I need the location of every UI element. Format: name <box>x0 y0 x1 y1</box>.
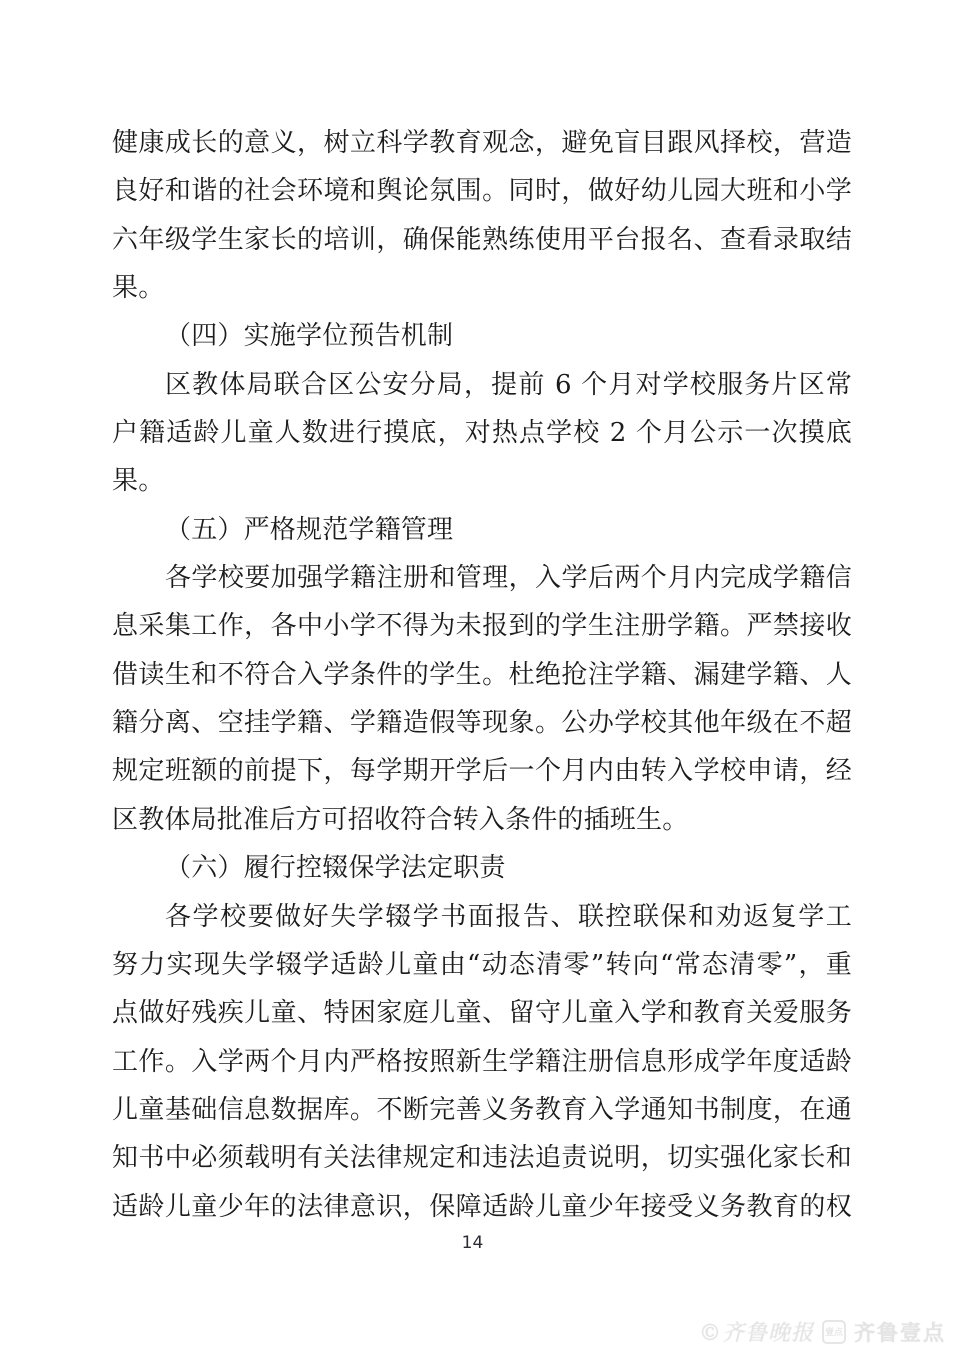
qilu-evening-news-logo: ©齐鲁晚报 <box>699 1316 814 1347</box>
text-line: 区教体局联合区公安分局，提前 6 个月对学校服务片区常住 <box>112 361 852 409</box>
text-line: 籍分离、空挂学籍、学籍造假等现象。公办学校其他年级在不超 <box>112 699 852 747</box>
heading-line: （四）实施学位预告机制 <box>112 312 852 360</box>
text-line: 果。 <box>112 457 852 505</box>
page-number: 14 <box>0 1233 945 1253</box>
paragraph: 健康成长的意义，树立科学教育观念，避免盲目跟风择校，营造良好和谐的社会环境和舆论… <box>112 119 852 312</box>
document-body: 健康成长的意义，树立科学教育观念，避免盲目跟风择校，营造良好和谐的社会环境和舆论… <box>112 119 852 1231</box>
text-line: 儿童基础信息数据库。不断完善义务教育入学通知书制度，在通 <box>112 1086 852 1134</box>
section-heading: （五）严格规范学籍管理 <box>112 506 852 554</box>
paragraph: 各学校要做好失学辍学书面报告、联控联保和劝返复学工作，努力实现失学辍学适龄儿童由… <box>112 893 852 1231</box>
paragraph: 区教体局联合区公安分局，提前 6 个月对学校服务片区常住户籍适龄儿童人数进行摸底… <box>112 361 852 506</box>
text-line: 努力实现失学辍学适龄儿童由“动态清零”转向“常态清零”，重 <box>112 941 852 989</box>
text-line: 借读生和不符合入学条件的学生。杜绝抢注学籍、漏建学籍、人 <box>112 651 852 699</box>
text-line: 果。 <box>112 264 852 312</box>
text-line: 区教体局批准后方可招收符合转入条件的插班生。 <box>112 796 852 844</box>
heading-line: （六）履行控辍保学法定职责 <box>112 844 852 892</box>
text-line: 良好和谐的社会环境和舆论氛围。同时，做好幼儿园大班和小学 <box>112 167 852 215</box>
paragraph: 各学校要加强学籍注册和管理，入学后两个月内完成学籍信息采集工作，各中小学不得为未… <box>112 554 852 844</box>
text-line: 规定班额的前提下，每学期开学后一个月内由转入学校申请，经 <box>112 747 852 795</box>
text-line: 健康成长的意义，树立科学教育观念，避免盲目跟风择校，营造 <box>112 119 852 167</box>
text-line: 知书中必须载明有关法律规定和违法追责说明，切实强化家长和 <box>112 1134 852 1182</box>
text-line: 各学校要加强学籍注册和管理，入学后两个月内完成学籍信 <box>112 554 852 602</box>
text-line: 工作。入学两个月内严格按照新生学籍注册信息形成学年度适龄 <box>112 1038 852 1086</box>
text-line: 六年级学生家长的培训，确保能熟练使用平台报名、查看录取结 <box>112 216 852 264</box>
text-line: 适龄儿童少年的法律意识，保障适龄儿童少年接受义务教育的权 <box>112 1183 852 1231</box>
watermark: ©齐鲁晚报 壹点 齐鲁壹点 <box>699 1316 946 1347</box>
text-line: 各学校要做好失学辍学书面报告、联控联保和劝返复学工作， <box>112 893 852 941</box>
newspaper-name: 齐鲁晚报 <box>722 1321 814 1346</box>
yidian-app-icon: 壹点 <box>822 1320 846 1344</box>
text-line: 息采集工作，各中小学不得为未报到的学生注册学籍。严禁接收 <box>112 602 852 650</box>
text-line: 点做好残疾儿童、特困家庭儿童、留守儿童入学和教育关爱服务 <box>112 989 852 1037</box>
section-heading: （六）履行控辍保学法定职责 <box>112 844 852 892</box>
qilu-yidian-label: 齐鲁壹点 <box>854 1317 946 1347</box>
text-line: 户籍适龄儿童人数进行摸底，对热点学校 2 个月公示一次摸底结 <box>112 409 852 457</box>
heading-line: （五）严格规范学籍管理 <box>112 506 852 554</box>
section-heading: （四）实施学位预告机制 <box>112 312 852 360</box>
document-page: 健康成长的意义，树立科学教育观念，避免盲目跟风择校，营造良好和谐的社会环境和舆论… <box>0 0 960 1357</box>
copyright-icon: © <box>699 1321 722 1346</box>
